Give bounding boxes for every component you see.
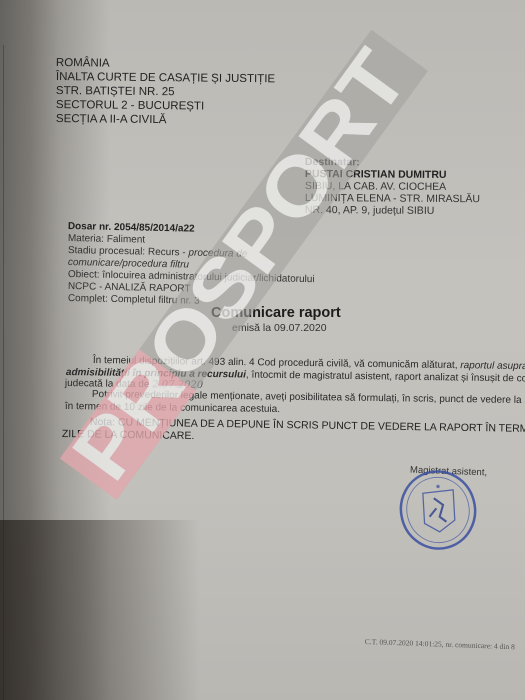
hand-shadow bbox=[0, 520, 200, 700]
header-street: STR. BATIȘTEI NR. 25 bbox=[56, 85, 175, 99]
header-court: ÎNALTA CURTE DE CASAȚIE ȘI JUSTIȚIE bbox=[56, 71, 275, 86]
recipient-address-1: SIBIU, LA CAB. AV. CIOCHEA bbox=[305, 180, 446, 193]
document-issue-date: emisă la 09.07.2020 bbox=[232, 322, 327, 334]
case-stage-value: procedura de bbox=[188, 248, 247, 260]
recipient-address-3: NR. 40, AP. 9, județul SIBIU bbox=[305, 204, 434, 217]
document-title: Comunicare raport bbox=[211, 305, 341, 321]
recipient-name: PUSTAI CRISTIAN DUMITRU bbox=[305, 168, 447, 181]
header-section: SECȚIA A II-A CIVILĂ bbox=[56, 113, 167, 127]
header-country: ROMÂNIA bbox=[56, 57, 110, 71]
recipient-label: Destinatar: bbox=[305, 156, 360, 168]
body-italic: raportul asupra bbox=[460, 360, 525, 372]
header-sector: SECTORUL 2 - BUCUREȘTI bbox=[56, 99, 204, 114]
court-stamp-icon bbox=[396, 468, 480, 552]
note-label: Nota: bbox=[90, 416, 115, 428]
note-line-2: ZILE DE LA COMUNICARE. bbox=[62, 428, 195, 442]
